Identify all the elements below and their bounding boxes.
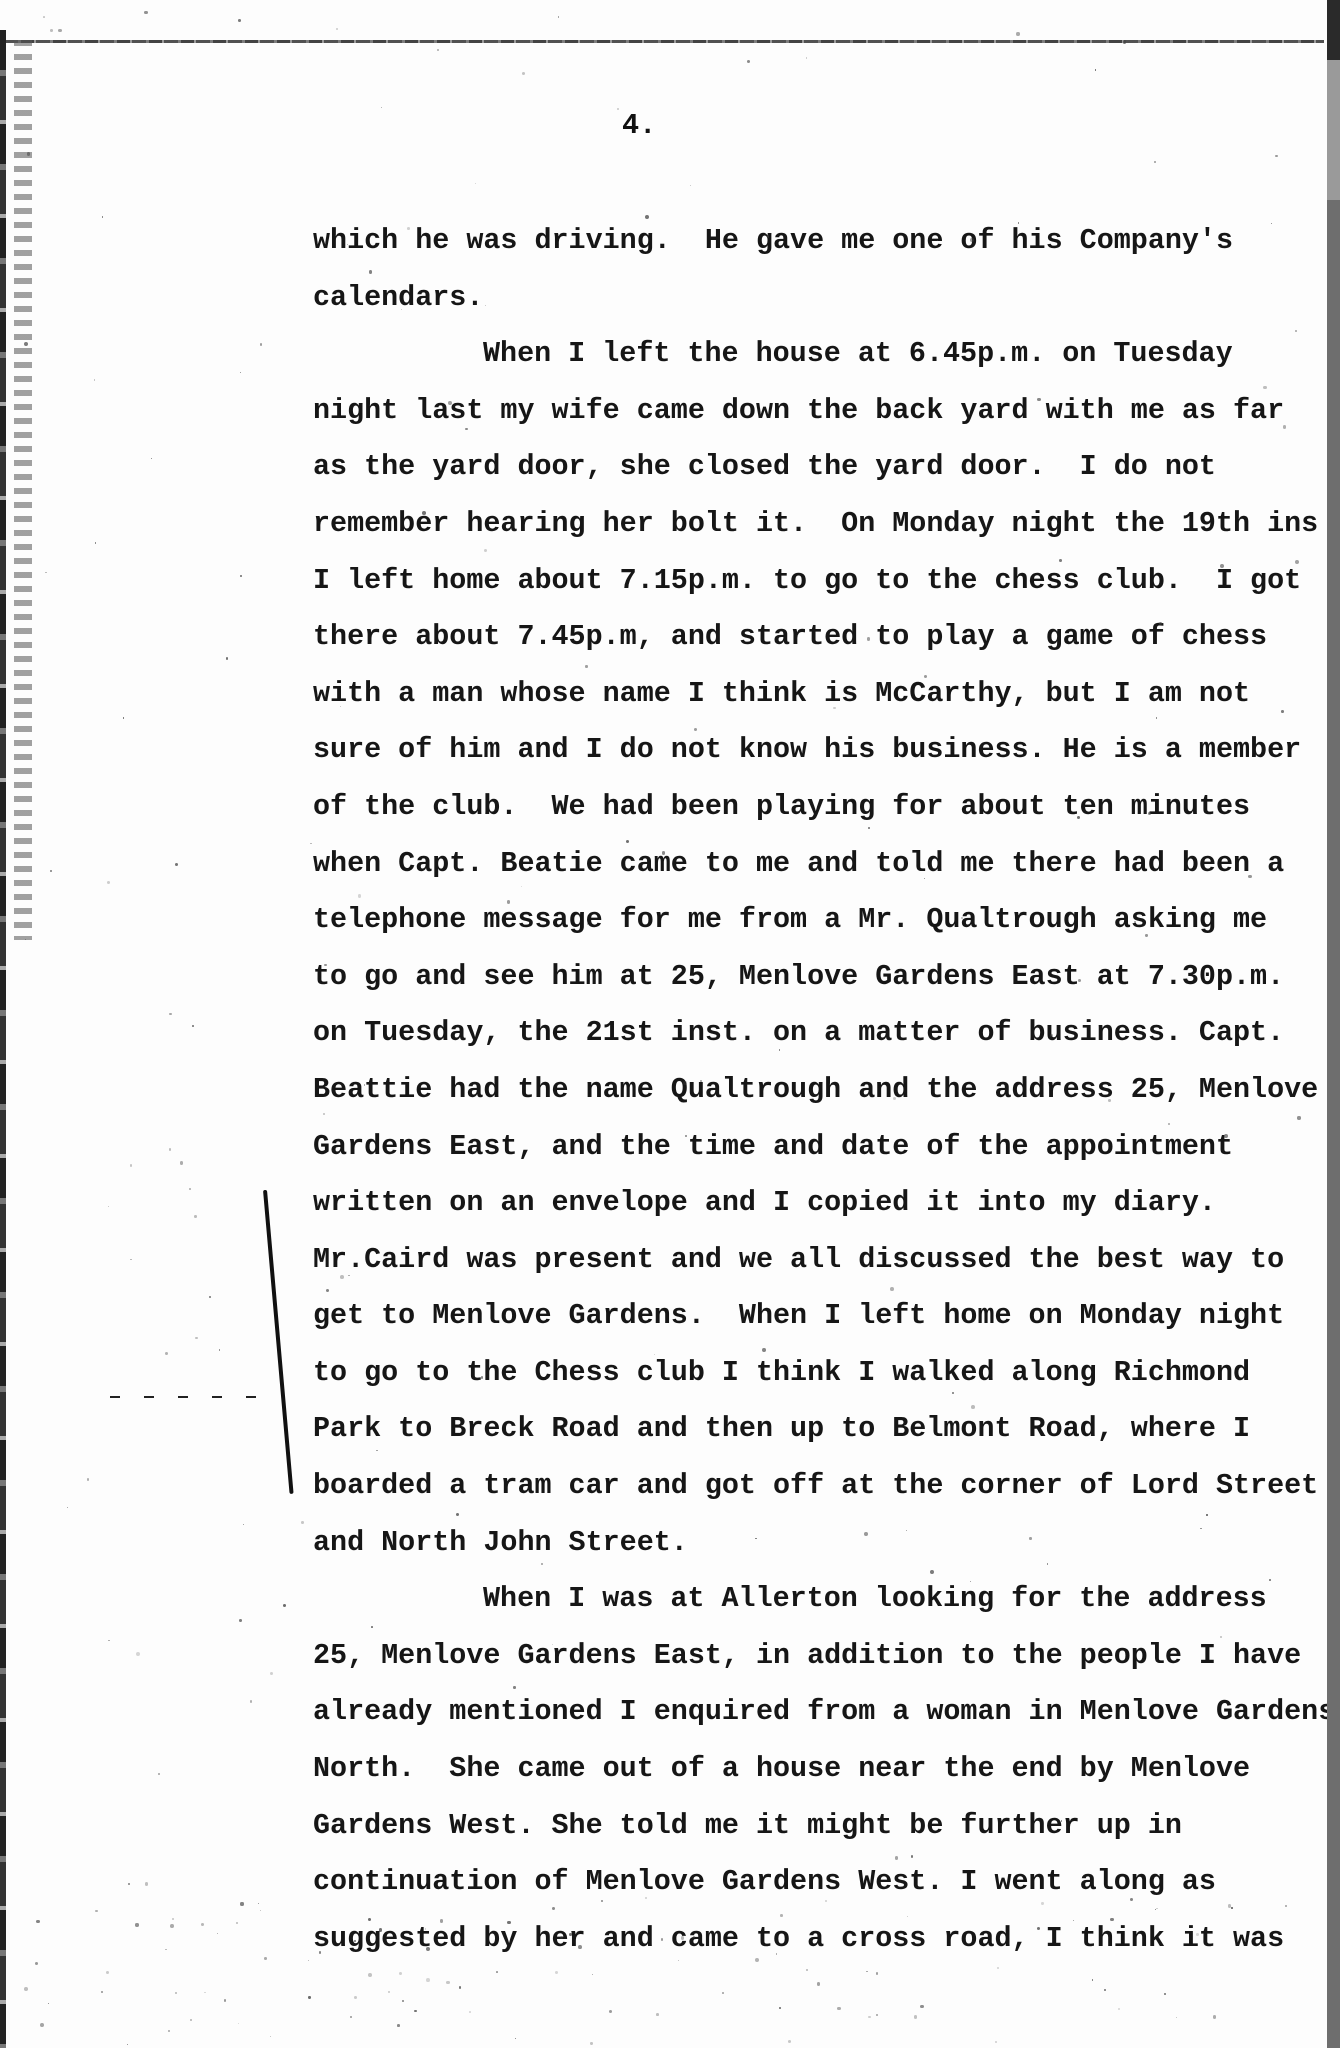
noise-speck (127, 2044, 128, 2045)
noise-speck (371, 1626, 373, 1628)
noise-speck (169, 1148, 171, 1150)
noise-speck (388, 1991, 389, 1992)
text-line: night last my wife came down the back ya… (313, 391, 1313, 448)
noise-speck (578, 1945, 582, 1949)
noise-speck (101, 1991, 103, 1993)
noise-speck (1168, 1123, 1170, 1125)
noise-speck (446, 1981, 449, 1984)
text-line: When I was at Allerton looking for the a… (313, 1579, 1313, 1636)
text-line: and North John Street. (313, 1523, 1313, 1580)
noise-speck (558, 16, 560, 18)
text-line: to go and see him at 25, Menlove Gardens… (313, 957, 1313, 1014)
noise-speck (336, 28, 338, 30)
noise-speck (1130, 1898, 1133, 1901)
noise-speck (609, 2010, 613, 2014)
noise-speck (864, 1532, 868, 1536)
noise-speck (747, 60, 750, 63)
noise-speck (685, 1135, 687, 1137)
text-line: boarded a tram car and got off at the co… (313, 1466, 1313, 1523)
noise-speck (507, 900, 511, 904)
noise-speck (1295, 330, 1297, 332)
noise-speck (1297, 1116, 1300, 1119)
noise-speck (35, 1962, 38, 1965)
noise-speck (102, 216, 104, 218)
noise-speck (339, 1818, 342, 1821)
noise-speck (204, 1992, 206, 1994)
noise-speck (661, 1938, 664, 1941)
noise-speck (238, 19, 241, 22)
noise-speck (209, 1296, 212, 1299)
noise-speck (866, 1971, 868, 1973)
text-line: as the yard door, she closed the yard do… (313, 447, 1313, 504)
text-line: continuation of Menlove Gardens West. I … (313, 1862, 1313, 1919)
noise-speck (67, 1507, 68, 1508)
noise-speck (270, 2036, 271, 2037)
noise-speck (217, 1933, 218, 1934)
noise-speck (324, 964, 326, 966)
noise-speck (678, 1960, 679, 1961)
noise-speck (310, 843, 312, 845)
noise-speck (36, 1920, 40, 1924)
noise-speck (350, 2016, 352, 2018)
noise-speck (1269, 1579, 1271, 1581)
noise-speck (239, 1619, 242, 1622)
scanner-edge-strip (1327, 0, 1340, 2048)
noise-speck (833, 707, 835, 709)
noise-speck (240, 575, 242, 577)
text-line: already mentioned I enquired from a woma… (313, 1692, 1313, 1749)
noise-speck (250, 1700, 252, 1702)
noise-speck (1159, 622, 1162, 625)
noise-speck (1164, 1993, 1166, 1995)
noise-speck (136, 1652, 140, 1656)
noise-speck (190, 2019, 192, 2021)
noise-speck (1283, 425, 1286, 428)
noise-speck (780, 1914, 783, 1917)
noise-speck (402, 2000, 404, 2002)
noise-speck (128, 1883, 130, 1885)
noise-speck (175, 1992, 177, 1994)
noise-speck (1248, 875, 1252, 879)
text-line: with a man whose name I think is McCarth… (313, 674, 1313, 731)
noise-speck (1196, 1933, 1199, 1936)
text-line: When I left the house at 6.45p.m. on Tue… (313, 334, 1313, 391)
noise-speck (1092, 1979, 1093, 1980)
noise-speck (1047, 1563, 1048, 1564)
noise-speck (194, 1215, 197, 1218)
noise-speck (27, 152, 30, 155)
noise-speck (340, 1275, 344, 1279)
noise-speck (440, 1919, 443, 1922)
noise-speck (308, 1960, 309, 1961)
noise-speck (106, 1971, 109, 1974)
text-line: I left home about 7.15p.m. to go to the … (313, 561, 1313, 618)
margin-bracket-mark (263, 1190, 294, 1494)
text-line: get to Menlove Gardens. When I left home… (313, 1296, 1313, 1353)
noise-speck (1231, 1907, 1232, 1908)
noise-speck (1108, 1099, 1111, 1102)
noise-speck (50, 870, 52, 872)
noise-speck (475, 183, 476, 184)
text-line: on Tuesday, the 21st inst. on a matter o… (313, 1013, 1313, 1070)
noise-speck (590, 2042, 592, 2044)
noise-speck (868, 827, 870, 829)
noise-speck (995, 2041, 997, 2043)
page-number: 4. (622, 112, 656, 141)
noise-speck (158, 1773, 160, 1775)
noise-speck (165, 1949, 166, 1950)
noise-speck (24, 1987, 28, 1991)
text-line: remember hearing her bolt it. On Monday … (313, 504, 1313, 561)
noise-speck (130, 1164, 132, 1166)
noise-speck (1104, 1989, 1106, 1991)
noise-speck (890, 1287, 894, 1291)
noise-speck (1029, 1537, 1031, 1539)
noise-speck (369, 270, 373, 274)
noise-speck (243, 1524, 244, 1525)
noise-speck (87, 1478, 89, 1480)
noise-speck (108, 1206, 110, 1208)
noise-speck (422, 511, 426, 515)
noise-speck (837, 2007, 841, 2011)
noise-speck (1050, 1034, 1053, 1037)
noise-speck (43, 16, 45, 18)
noise-speck (95, 1910, 98, 1913)
noise-speck (1110, 1918, 1113, 1921)
noise-speck (1059, 559, 1062, 562)
text-line: Beattie had the name Qualtrough and the … (313, 1070, 1313, 1127)
noise-speck (1118, 2008, 1121, 2011)
text-line: to go to the Chess club I think I walked… (313, 1353, 1313, 1410)
noise-speck (776, 1953, 777, 1954)
noise-speck (762, 1348, 766, 1352)
text-line: of the club. We had been playing for abo… (313, 787, 1313, 844)
noise-speck (175, 863, 178, 866)
noise-speck (1016, 32, 1019, 35)
noise-speck (645, 215, 649, 219)
text-line: North. She came out of a house near the … (313, 1749, 1313, 1806)
noise-speck (617, 108, 619, 110)
noise-speck (414, 2010, 417, 2013)
noise-speck (930, 1570, 934, 1574)
noise-speck (971, 1405, 975, 1409)
noise-speck (224, 1999, 226, 2001)
noise-speck (722, 1992, 724, 1994)
noise-speck (264, 1957, 267, 1960)
noise-speck (270, 1672, 273, 1675)
noise-speck (690, 185, 691, 186)
noise-speck (459, 1986, 462, 1989)
noise-speck (779, 2007, 781, 2009)
noise-speck (94, 379, 95, 380)
noise-speck (1224, 1134, 1228, 1138)
left-binding-edge (0, 30, 6, 2048)
noise-speck (368, 1918, 371, 1921)
noise-speck (130, 1259, 131, 1260)
noise-speck (806, 57, 808, 59)
noise-speck (368, 1973, 372, 1977)
noise-speck (25, 939, 26, 940)
noise-speck (868, 2016, 870, 2018)
noise-speck (920, 2005, 924, 2009)
noise-speck (1176, 2017, 1177, 2018)
noise-speck (236, 1922, 238, 1924)
noise-speck (170, 1924, 174, 1928)
text-line: Gardens West. She told me it might be fu… (313, 1806, 1313, 1863)
left-margin-marks (14, 40, 32, 940)
noise-speck (40, 2023, 44, 2027)
noise-speck (95, 542, 97, 544)
noise-speck (180, 1161, 183, 1164)
noise-speck (1145, 934, 1147, 936)
noise-speck (681, 1936, 685, 1940)
noise-speck (1154, 161, 1156, 163)
noise-speck (376, 1450, 377, 1451)
noise-speck (426, 1978, 430, 1982)
noise-speck (1271, 223, 1272, 224)
noise-speck (169, 1013, 172, 1016)
noise-speck (240, 1902, 243, 1905)
noise-speck (1206, 1514, 1207, 1515)
noise-speck (1213, 2015, 1216, 2018)
text-line: 25, Menlove Gardens East, in addition to… (313, 1636, 1313, 1693)
text-line: Park to Breck Road and then up to Belmon… (313, 1409, 1313, 1466)
noise-speck (260, 343, 262, 345)
noise-speck (662, 851, 665, 854)
noise-speck (58, 29, 61, 32)
noise-speck (308, 1996, 310, 1998)
noise-speck (108, 1640, 109, 1641)
noise-speck (907, 1916, 908, 1917)
noise-speck (340, 706, 341, 707)
noise-speck (354, 1996, 357, 1999)
noise-speck (1095, 69, 1097, 71)
noise-speck (1041, 1902, 1043, 1904)
noise-speck (592, 1974, 593, 1975)
noise-speck (1123, 40, 1126, 43)
noise-speck (961, 917, 963, 919)
noise-speck (168, 2030, 170, 2032)
noise-speck (107, 881, 111, 885)
noise-speck (1037, 398, 1041, 402)
margin-dash-line (110, 1396, 260, 1398)
noise-speck (425, 1928, 427, 1930)
noise-speck (48, 2003, 49, 2004)
noise-speck (585, 665, 587, 667)
text-line: when Capt. Beatie came to me and told me… (313, 844, 1313, 901)
noise-speck (496, 1971, 498, 1973)
text-line: Gardens East, and the time and date of t… (313, 1127, 1313, 1184)
noise-speck (656, 2013, 659, 2016)
noise-speck (123, 717, 125, 719)
noise-speck (283, 1604, 286, 1607)
noise-speck (240, 372, 241, 373)
noise-speck (914, 2015, 917, 2018)
text-line: sure of him and I do not know his busine… (313, 730, 1313, 787)
noise-speck (1281, 710, 1284, 713)
noise-speck (788, 2040, 791, 2043)
noise-speck (1018, 222, 1019, 223)
noise-speck (201, 1923, 204, 1926)
noise-speck (552, 1907, 555, 1910)
noise-speck (513, 1686, 515, 1688)
noise-speck (1037, 1927, 1040, 1930)
statement-body: which he was driving. He gave me one of … (313, 221, 1313, 1975)
scanned-page: 4. which he was driving. He gave me one … (0, 0, 1327, 2048)
noise-speck (876, 2014, 879, 2017)
noise-speck (469, 2011, 471, 2013)
noise-speck (755, 1538, 756, 1539)
noise-speck (151, 458, 153, 460)
noise-speck (195, 1337, 197, 1339)
noise-speck (397, 2024, 400, 2027)
noise-speck (172, 1918, 174, 1920)
noise-speck (165, 1352, 168, 1355)
noise-speck (522, 72, 525, 75)
noise-speck (381, 107, 382, 108)
noise-speck (238, 2023, 239, 2024)
noise-speck (50, 29, 53, 32)
text-line: telephone message for me from a Mr. Qual… (313, 900, 1313, 957)
noise-speck (144, 11, 148, 15)
text-line: suggested by her and came to a cross roa… (313, 1919, 1313, 1976)
noise-speck (755, 1958, 759, 1962)
noise-speck (189, 1188, 191, 1190)
noise-speck (683, 1081, 687, 1085)
text-line: Mr.Caird was present and we all discusse… (313, 1240, 1313, 1297)
noise-speck (426, 1947, 430, 1951)
noise-speck (219, 1349, 221, 1351)
text-line: written on an envelope and I copied it i… (313, 1183, 1313, 1240)
noise-speck (654, 1354, 655, 1355)
noise-speck (448, 401, 452, 405)
noise-speck (541, 1563, 543, 1565)
noise-speck (437, 49, 439, 51)
noise-speck (507, 1921, 510, 1924)
noise-speck (45, 572, 46, 573)
noise-speck (145, 1882, 148, 1885)
noise-speck (693, 1936, 695, 1938)
noise-speck (135, 1923, 138, 1926)
noise-speck (192, 1025, 194, 1027)
text-line: calendars. (313, 278, 1313, 335)
text-line: which he was driving. He gave me one of … (313, 221, 1313, 278)
noise-speck (1156, 1908, 1157, 1909)
text-line: there about 7.45p.m, and started to play… (313, 617, 1313, 674)
noise-speck (1263, 386, 1267, 390)
noise-speck (226, 657, 229, 660)
noise-speck (515, 2038, 516, 2039)
noise-speck (260, 1910, 261, 1911)
noise-speck (301, 1521, 304, 1524)
noise-speck (258, 1903, 259, 1904)
noise-speck (817, 1982, 820, 1985)
noise-speck (1275, 155, 1278, 158)
noise-speck (1134, 921, 1135, 922)
